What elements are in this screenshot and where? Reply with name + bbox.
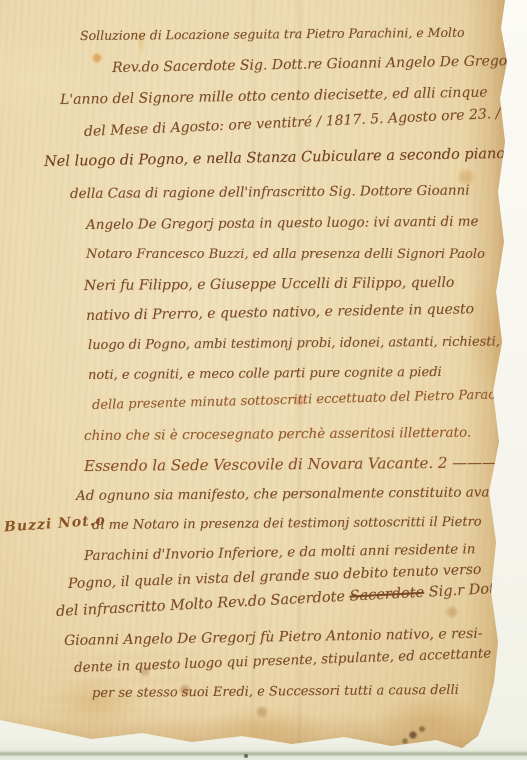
manuscript-line: luogo di Pogno, ambi testimonj probi, id… <box>88 334 500 353</box>
manuscript-line: di me Notaro in presenza dei testimonj s… <box>92 515 482 533</box>
manuscript-line: per se stesso suoi Eredi, e Successori t… <box>92 683 459 701</box>
manuscript-line: Parachini d'Invorio Inferiore, e da molt… <box>84 541 476 564</box>
manuscript-line: noti, e cogniti, e meco colle parti pure… <box>88 365 442 383</box>
line-text: Sig.r Dott.e <box>424 580 515 601</box>
manuscript-page: Buzzi Not.o Solluzione di Locazione segu… <box>0 0 512 752</box>
manuscript-line: L'anno del Signore mille otto cento diec… <box>60 85 488 108</box>
manuscript-line: della Casa di ragione dell'infrascritto … <box>70 183 470 202</box>
margin-note: Buzzi Not.o <box>4 512 107 535</box>
manuscript-line: Ad ognuno sia manifesto, che personalmen… <box>76 484 508 504</box>
table-edge-line <box>0 752 527 756</box>
manuscript-line: Neri fu Filippo, e Giuseppe Uccelli di F… <box>84 275 454 294</box>
manuscript-line: Angelo De Gregorj posta in questo luogo:… <box>86 214 479 233</box>
manuscript-line: Notaro Francesco Buzzi, ed alla presenza… <box>86 247 485 262</box>
table-surface <box>0 742 527 760</box>
manuscript-line: chino che si è crocesegnato perchè asser… <box>84 425 471 444</box>
manuscript-line: Solluzione di Locazione seguita tra Piet… <box>80 25 465 43</box>
manuscript-line: Essendo la Sede Vescovile di Novara Vaca… <box>84 453 512 475</box>
manuscript-line: Rev.do Sacerdote Sig. Dott.re Gioanni An… <box>112 53 523 76</box>
manuscript-line: nativo di Prerro, e questo nativo, e res… <box>86 301 474 324</box>
manuscript-line: della presente minuta sottoscritti eccet… <box>92 387 500 413</box>
manuscript-line: Gioanni Angelo De Gregorj fù Pietro Anto… <box>64 626 483 649</box>
struck-word: Sacerdote <box>349 585 424 605</box>
manuscript-line: del Mese di Agosto: ore ventitré / 1817.… <box>84 106 501 140</box>
ink-dot <box>244 754 248 758</box>
line-text: del infrascritto Molto Rev.do Sacerdote <box>56 589 350 620</box>
manuscript-line: Nel luogo di Pogno, e nella Stanza Cubic… <box>44 146 505 170</box>
